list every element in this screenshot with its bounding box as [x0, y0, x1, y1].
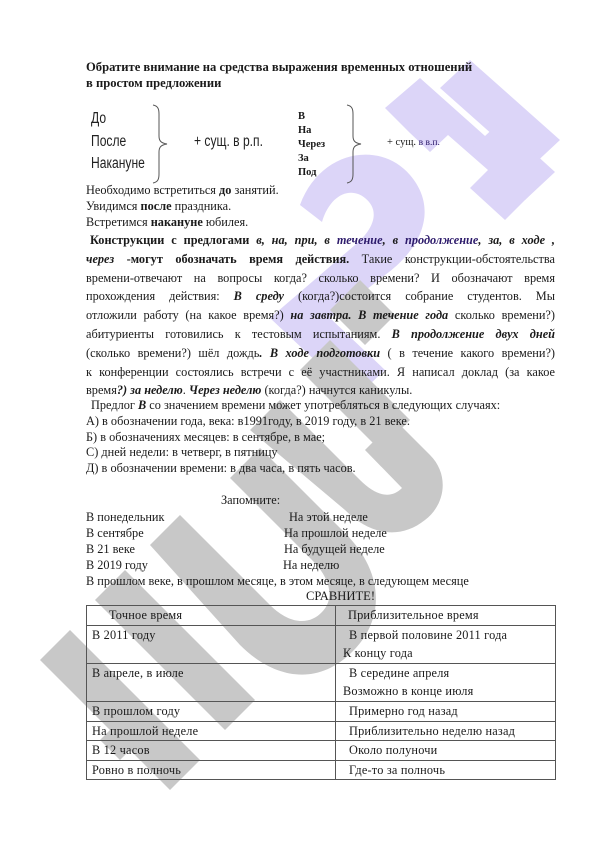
approx-line: В середине апреля [341, 664, 550, 683]
usage-item: Д) в обозначении времени: в два часа, в … [86, 461, 356, 477]
usage-item: А) в обозначении года, века: в1991году, … [86, 414, 410, 430]
intro-preposition: В [138, 398, 146, 412]
table-header-exact: Точное время [87, 606, 336, 626]
paragraph-bold-italic: продолжение [405, 233, 478, 247]
diagram-right-item: За [298, 152, 309, 167]
approx-line: В первой половине 2011 года [341, 626, 550, 645]
example-preposition: после [141, 199, 172, 213]
table-cell-exact: На прошлой неделе [87, 721, 336, 741]
paragraph-text: (когда?)состоится собрание студентов. Мы [284, 289, 555, 303]
usage-item: С) дней недели: в четверг, в пятницу [86, 445, 278, 461]
table-row: В 2011 году В первой половине 2011 года … [87, 625, 556, 663]
example-preposition: накануне [151, 215, 203, 229]
diagram-right-item: В [298, 110, 305, 125]
table-cell-approx: Около полуночи [336, 741, 556, 761]
table-cell-exact: Ровно в полночь [87, 760, 336, 780]
preposition-intro: Предлог В со значением времени может упо… [91, 398, 500, 414]
example-text: занятий. [231, 183, 278, 197]
remember-summary: В прошлом веке, в прошлом месяце, в этом… [86, 574, 469, 589]
paragraph-line: к конференции состоялись встречи с её уч… [86, 363, 555, 382]
right-brace-icon [150, 104, 172, 184]
paragraph-line: прохождения действия: В среду (когда?)со… [86, 287, 555, 306]
table-cell-approx: Примерно год назад [336, 701, 556, 721]
paragraph-text: (когда?) начнутся каникулы. [261, 383, 412, 397]
table-row: В апреле, в июле В середине апреля Возмо… [87, 663, 556, 701]
remember-heading: Запомните: [221, 493, 280, 509]
example-text: юбилея. [203, 215, 248, 229]
page-title-line-2: в простом предложении [86, 75, 221, 91]
remember-left-item: В сентябре [86, 526, 144, 541]
remember-right-item: На неделю [283, 558, 339, 573]
table-cell-approx: В середине апреля Возможно в конце июля [336, 663, 556, 701]
remember-left-item: В 2019 году [86, 558, 148, 573]
diagram-right-result-prefix: + сущ. [387, 137, 416, 148]
table-cell-approx: Где-то за полночь [336, 760, 556, 780]
paragraph-bold: -могут обозначать время действия. [114, 252, 349, 266]
paragraph-bold-italic: В продолжение двух дней [392, 327, 555, 341]
paragraph-text: ( в течение какого времени?) [380, 346, 555, 360]
diagram-left-result: + сущ. в р.п. [194, 133, 263, 151]
remember-left-item: В понедельник [86, 510, 164, 525]
table-cell-exact: В прошлом году [87, 701, 336, 721]
diagram-right-result-case: в в.п. [419, 138, 440, 148]
example-text: праздника. [172, 199, 232, 213]
diagram-right-item: На [298, 124, 311, 139]
table-header-approx: Приблизительное время [336, 606, 556, 626]
diagram-right-result: + сущ. в в.п. [387, 137, 440, 148]
table-cell-approx: Приблизительно неделю назад [336, 721, 556, 741]
comparison-table: Точное время Приблизительное время В 201… [86, 605, 556, 780]
paragraph-line: (сколько времени?) шёл дождь. В ходе под… [86, 344, 555, 363]
intro-text: со значением времени может употребляться… [146, 398, 500, 412]
paragraph-bold-italic: , за, в ходе , [478, 233, 555, 247]
table-row: В 12 часов Около полуночи [87, 741, 556, 761]
paragraph-text: прохождения действия: [86, 289, 234, 303]
usage-item: Б) в обозначениях месяцев: в сентябре, в… [86, 430, 325, 446]
diagram-right-item: Через [298, 138, 325, 153]
approx-line: К концу года [341, 644, 550, 663]
paragraph-bold-italic: В среду [234, 289, 284, 303]
paragraph-text: (сколько времени?) шёл дождь [86, 346, 259, 360]
diagram-left-item: До [91, 110, 106, 128]
table-row: В прошлом году Примерно год назад [87, 701, 556, 721]
paragraph-bold-italic: , в [383, 233, 405, 247]
remember-left-item: В 21 веке [86, 542, 135, 557]
paragraph-text: абитуриенты готовились к тестовым испыта… [86, 327, 392, 341]
approx-line: Возможно в конце июля [341, 682, 550, 701]
paragraph-line: времени-отвечают на вопросы когда? сколь… [86, 269, 555, 288]
page-title-line-1: Обратите внимание на средства выражения … [86, 59, 472, 75]
example-line: Увидимся после праздника. [86, 198, 231, 214]
paragraph-bold: Конструкции с предлогами [90, 233, 256, 247]
table-cell-exact: В апреле, в июле [87, 663, 336, 701]
remember-right-item: На будущей неделе [284, 542, 385, 557]
right-brace-icon [344, 104, 366, 184]
remember-right-item: На прошлой неделе [284, 526, 387, 541]
paragraph-text: отложили работу (на какое время?) [86, 308, 290, 322]
table-cell-exact: В 2011 году [87, 625, 336, 663]
paragraph-bold-italic: ?) за неделю [117, 383, 183, 397]
intro-text: Предлог [91, 398, 138, 412]
paragraph-bold-italic: течение [337, 233, 383, 247]
paragraph-bold-italic: через [86, 252, 114, 266]
example-line: Встретимся накануне юбилея. [86, 214, 248, 230]
paragraph-text: сколько времени?) [448, 308, 555, 322]
paragraph-text: Такие конструкции-обстоятельства [349, 252, 555, 266]
paragraph-text: время [86, 383, 117, 397]
example-text: Встретимся [86, 215, 151, 229]
rule-paragraph: Конструкции с предлогами в, на, при, в т… [86, 231, 555, 400]
diagram-left-item: После [91, 133, 126, 151]
paragraph-line: отложили работу (на какое время?) на зав… [86, 306, 555, 325]
paragraph-bold-italic: Через неделю [189, 383, 262, 397]
paragraph-line: через -могут обозначать время действия. … [86, 250, 555, 269]
table-row: Ровно в полночь Где-то за полночь [87, 760, 556, 780]
paragraph-line: Конструкции с предлогами в, на, при, в т… [86, 231, 555, 250]
table-cell-approx: В первой половине 2011 года К концу года [336, 625, 556, 663]
paragraph-line: абитуриенты готовились к тестовым испыта… [86, 325, 555, 344]
paragraph-bold-italic: на завтра. В течение года [290, 308, 448, 322]
paragraph-bold-italic: в, на, при, в [256, 233, 337, 247]
remember-right-item: На этой неделе [289, 510, 368, 525]
diagram-right-item: Под [298, 166, 316, 181]
example-preposition: до [219, 183, 231, 197]
table-cell-exact: В 12 часов [87, 741, 336, 761]
example-text: Необходимо встретиться [86, 183, 219, 197]
document-page: Обратите внимание на средства выражения … [0, 0, 596, 842]
table-header-row: Точное время Приблизительное время [87, 606, 556, 626]
diagram-left-item: Накануне [91, 155, 145, 173]
example-line: Необходимо встретиться до занятий. [86, 182, 279, 198]
example-text: Увидимся [86, 199, 141, 213]
paragraph-bold-italic: . В ходе подготовки [259, 346, 380, 360]
compare-heading: СРАВНИТЕ! [306, 589, 375, 604]
table-row: На прошлой неделе Приблизительно неделю … [87, 721, 556, 741]
